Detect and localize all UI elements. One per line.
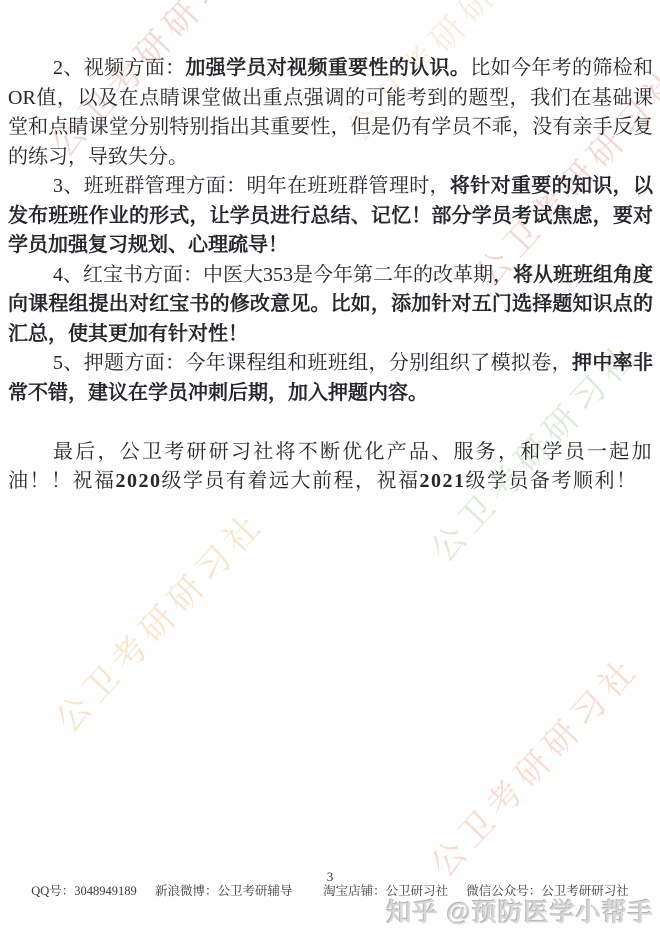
closing-year-2021: 2021 <box>420 470 466 492</box>
paragraph-text: 4、红宝书方面：中医大353是今年第二年的改革期， <box>53 264 513 286</box>
paragraph-text: 级学员备考顺利！ <box>466 470 638 492</box>
paragraph-exam-prediction-section: 5、押题方面：今年课程组和班班组，分别组织了模拟卷，押中率非常不错，建议在学员冲… <box>8 349 653 408</box>
zhihu-author-handle: @预防医学小帮手 <box>447 899 654 927</box>
paragraph-closing: 最后，公卫考研研习社将不断优化产品、服务，和学员一起加油！！祝福2020级学员有… <box>8 438 653 497</box>
paragraph-red-book-section: 4、红宝书方面：中医大353是今年第二年的改革期，将从班班组角度向课程组提出对红… <box>8 261 653 350</box>
zhihu-logo: 知乎 <box>387 899 439 927</box>
zhihu-watermark: 知乎@预防医学小帮手 <box>387 893 654 929</box>
paragraph-text: 级学员有着远大前程，祝福 <box>162 470 420 492</box>
paragraph-text: 2、视频方面： <box>53 57 185 79</box>
paragraph-text: 5、押题方面：今年课程组和班班组，分别组织了模拟卷， <box>53 352 572 374</box>
closing-year-2020: 2020 <box>116 470 162 492</box>
paragraph-class-group-section: 3、班班群管理方面：明年在班班群管理时，将针对重要的知识，以发布班班作业的形式，… <box>8 172 653 261</box>
diagonal-brand-watermark: 公卫考研研习社 <box>42 498 274 741</box>
paragraph-text: 3、班班群管理方面：明年在班班群管理时， <box>53 175 450 197</box>
diagonal-brand-watermark: 公卫考研研习社 <box>417 643 649 886</box>
footer-weibo: 新浪微博：公卫考研辅导 <box>155 884 293 898</box>
paragraph-video-section: 2、视频方面：加强学员对视频重要性的认识。比如今年考的筛检和OR值，以及在点睛课… <box>8 54 653 172</box>
document-page: 公卫考研研习社 公卫考研研习社 公卫考研研习社 公卫考研研习社 公卫考研研习社 … <box>0 0 660 934</box>
footer-qq-number: QQ号：3048949189 <box>31 884 137 898</box>
paragraph-bold-text: 加强学员对视频重要性的认识。 <box>185 57 470 79</box>
document-body: 2、视频方面：加强学员对视频重要性的认识。比如今年考的筛检和OR值，以及在点睛课… <box>8 54 653 497</box>
